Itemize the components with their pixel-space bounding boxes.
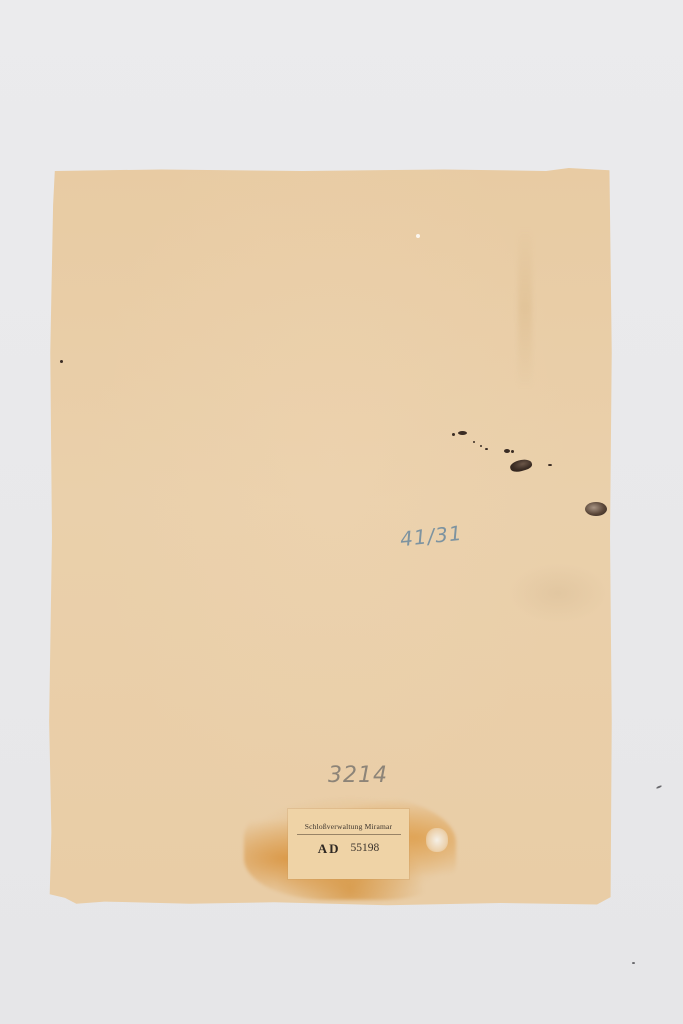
ink-blot	[480, 445, 482, 447]
ink-blot	[548, 464, 552, 466]
ink-blot	[458, 431, 467, 435]
paper-sheet: 41/31 3214 Schloßverwaltung Miramar AD 5…	[48, 168, 614, 906]
label-number-row: AD 55198	[288, 841, 409, 857]
label-title: Schloßverwaltung Miramar	[297, 822, 401, 835]
ink-blot	[452, 433, 455, 436]
pencil-inventory-number: 3214	[328, 763, 388, 788]
collection-label: Schloßverwaltung Miramar AD 55198	[288, 809, 409, 879]
water-stain	[518, 228, 532, 388]
ink-blot	[509, 457, 533, 473]
paper-loss-spot	[426, 828, 448, 852]
ink-blot	[585, 502, 607, 516]
backdrop-speck	[632, 962, 635, 964]
ink-blot	[473, 441, 475, 443]
ink-blot	[511, 450, 514, 453]
ink-blot	[504, 449, 510, 453]
faint-offset-mark	[508, 563, 608, 623]
label-number: 55198	[351, 842, 380, 854]
label-prefix: AD	[318, 841, 341, 857]
pinhole	[416, 234, 420, 238]
ink-blot	[60, 360, 63, 363]
ink-blot	[485, 448, 488, 450]
pencil-inventory-fraction: 41/31	[399, 521, 464, 551]
